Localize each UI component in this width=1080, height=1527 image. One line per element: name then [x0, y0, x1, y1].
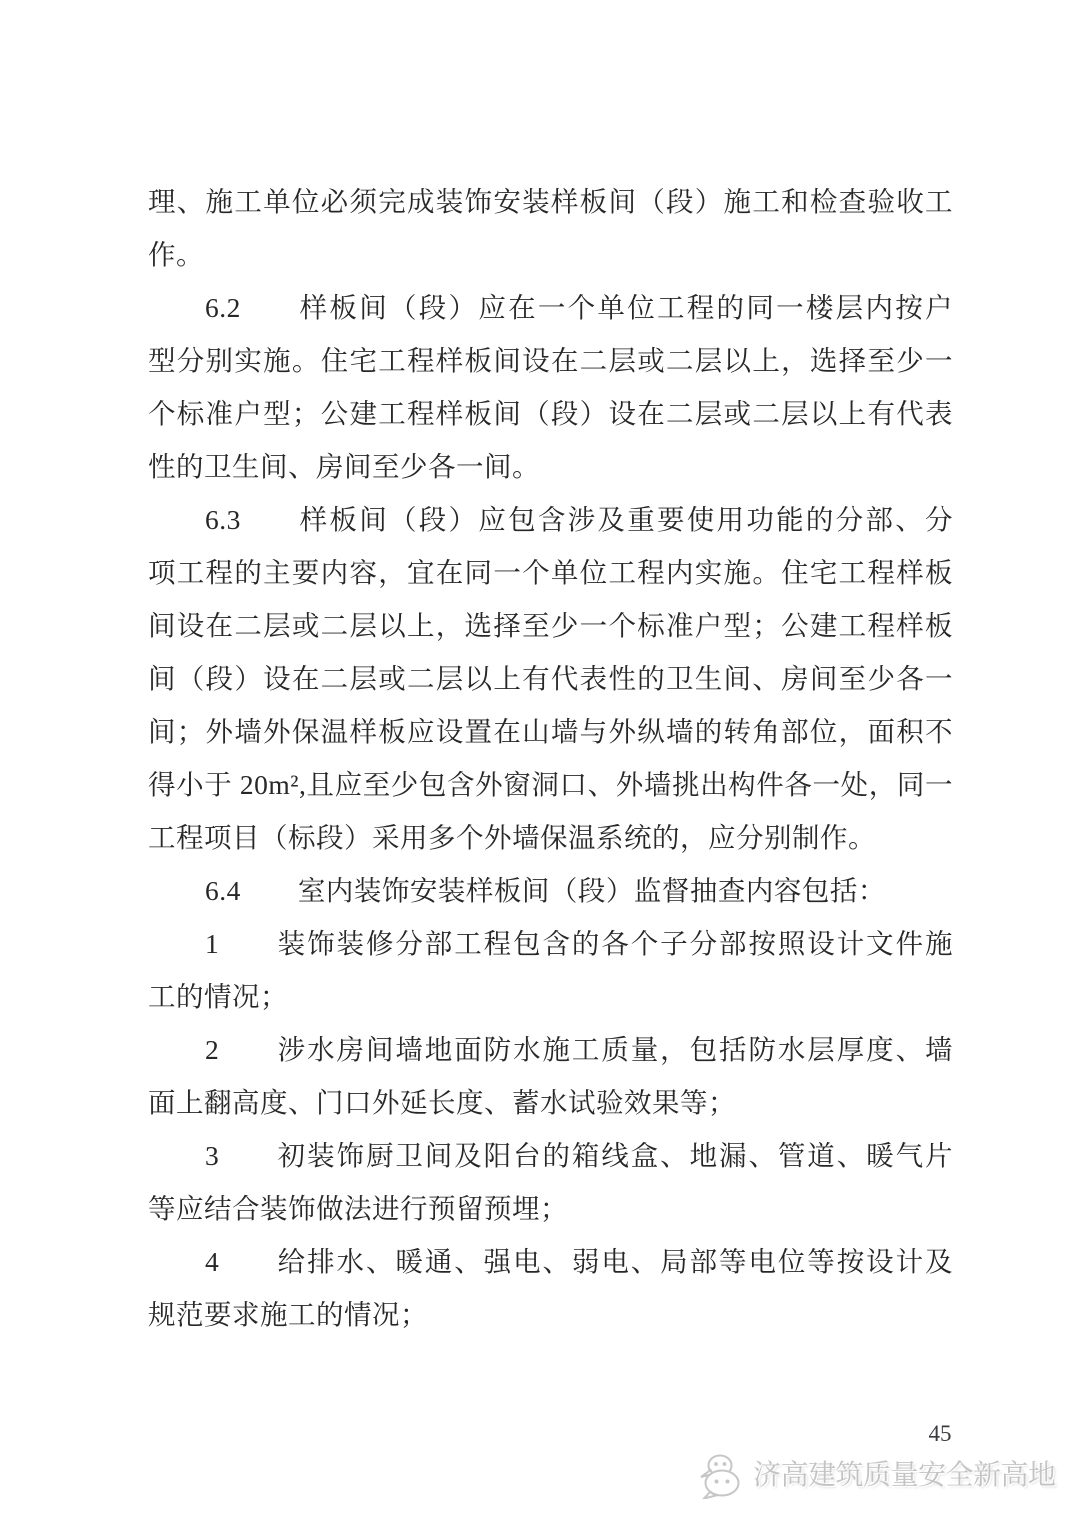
text-line: 间设在二层或二层以上，选择至少一个标准户型；公建工程样板 [148, 599, 953, 652]
item-number: 3 [205, 1140, 219, 1171]
text-line: 个标准户型；公建工程样板间（段）设在二层或二层以上有代表 [148, 387, 953, 440]
text-line: 间；外墙外保温样板应设置在山墙与外纵墙的转角部位，面积不 [148, 705, 953, 758]
text-line: 型分别实施。住宅工程样板间设在二层或二层以上，选择至少一 [148, 334, 953, 387]
text-line: 工的情况； [148, 970, 953, 1023]
item-number: 1 [205, 928, 219, 959]
clause-number: 6.2 [205, 292, 241, 323]
text-line: 1装饰装修分部工程包含的各个子分部按照设计文件施 [148, 917, 953, 970]
text-line: 规范要求施工的情况； [148, 1288, 953, 1341]
line-text: 初装饰厨卫间及阳台的箱线盒、地漏、管道、暖气片 [276, 1140, 953, 1171]
text-line: 间（段）设在二层或二层以上有代表性的卫生间、房间至少各一 [148, 652, 953, 705]
text-line: 性的卫生间、房间至少各一间。 [148, 440, 953, 493]
text-line: 4给排水、暖通、强电、弱电、局部等电位等按设计及 [148, 1235, 953, 1288]
line-text: 装饰装修分部工程包含的各个子分部按照设计文件施 [276, 928, 953, 959]
clause-number: 6.4 [205, 875, 241, 906]
item-number: 2 [205, 1034, 219, 1065]
text-line: 理、施工单位必须完成装饰安装样板间（段）施工和检查验收工 [148, 175, 953, 228]
line-text: 样板间（段）应在一个单位工程的同一楼层内按户 [298, 292, 953, 323]
text-line: 等应结合装饰做法进行预留预埋； [148, 1182, 953, 1235]
text-line: 6.3样板间（段）应包含涉及重要使用功能的分部、分 [148, 493, 953, 546]
line-text: 室内装饰安装样板间（段）监督抽查内容包括： [298, 875, 886, 906]
line-text: 样板间（段）应包含涉及重要使用功能的分部、分 [298, 504, 953, 535]
text-line: 工程项目（标段）采用多个外墙保温系统的，应分别制作。 [148, 811, 953, 864]
item-number: 4 [205, 1246, 219, 1277]
text-line: 2涉水房间墙地面防水施工质量，包括防水层厚度、墙 [148, 1023, 953, 1076]
text-line: 3初装饰厨卫间及阳台的箱线盒、地漏、管道、暖气片 [148, 1129, 953, 1182]
document-page: 理、施工单位必须完成装饰安装样板间（段）施工和检查验收工 作。 6.2样板间（段… [0, 0, 1080, 1527]
text-line: 作。 [148, 228, 953, 281]
body-text: 理、施工单位必须完成装饰安装样板间（段）施工和检查验收工 作。 6.2样板间（段… [148, 175, 953, 1341]
watermark: 济高建筑质量安全新高地 [694, 1453, 1056, 1499]
watermark-text: 济高建筑质量安全新高地 [753, 1453, 1056, 1499]
text-line: 得小于 20m²,且应至少包含外窗洞口、外墙挑出构件各一处，同一 [148, 758, 953, 811]
wechat-icon [694, 1453, 744, 1499]
text-line: 项工程的主要内容，宜在同一个单位工程内实施。住宅工程样板 [148, 546, 953, 599]
line-text: 给排水、暖通、强电、弱电、局部等电位等按设计及 [276, 1246, 953, 1277]
clause-number: 6.3 [205, 504, 241, 535]
text-line: 6.4室内装饰安装样板间（段）监督抽查内容包括： [148, 864, 953, 917]
text-line: 面上翻高度、门口外延长度、蓄水试验效果等； [148, 1076, 953, 1129]
line-text: 涉水房间墙地面防水施工质量，包括防水层厚度、墙 [276, 1034, 953, 1065]
text-line: 6.2样板间（段）应在一个单位工程的同一楼层内按户 [148, 281, 953, 334]
page-number: 45 [890, 1420, 990, 1448]
